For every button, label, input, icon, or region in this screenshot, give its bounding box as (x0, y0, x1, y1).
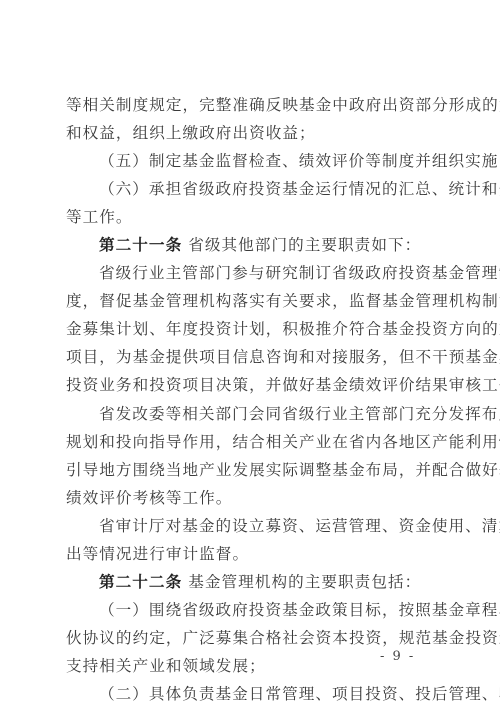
list-item-1: （一）围绕省级政府投资基金政策目标，按照基金章程、合 (66, 596, 436, 624)
list-item-5: （五）制定基金监督检查、绩效评价等制度并组织实施； (66, 147, 436, 175)
article-number: 第二十二条 (99, 572, 182, 591)
article-lead: 基金管理机构的主要职责包括： (182, 573, 421, 591)
text-line: 等相关制度规定，完整准确反映基金中政府出资部分形成的资产 (66, 91, 436, 119)
paragraph-line: 项目，为基金提供项目信息咨询和对接服务，但不干预基金具体 (66, 343, 436, 371)
paragraph-line: 绩效评价考核等工作。 (66, 484, 436, 512)
text-line: 和权益，组织上缴政府出资收益； (66, 119, 436, 147)
paragraph-line: 出等情况进行审计监督。 (66, 540, 436, 568)
page-number: - 9 - (380, 649, 415, 664)
paragraph-line: 省级行业主管部门参与研究制订省级政府投资基金管理制 (66, 259, 436, 287)
paragraph-line: 度，督促基金管理机构落实有关要求，监督基金管理机构制订资 (66, 287, 436, 315)
paragraph-line: 伙协议的约定，广泛募集合格社会资本投资，规范基金投资运作， (66, 624, 436, 652)
paragraph-line: 引导地方围绕当地产业发展实际调整基金布局，并配合做好基金 (66, 456, 436, 484)
paragraph-line: 投资业务和投资项目决策，并做好基金绩效评价结果审核工作。 (66, 371, 436, 399)
text-line: 等工作。 (66, 203, 436, 231)
list-item-2: （二）具体负责基金日常管理、项目投资、投后管理、收益 (66, 680, 436, 707)
paragraph-line: 省发改委等相关部门会同省级行业主管部门充分发挥布局 (66, 400, 436, 428)
document-page: 等相关制度规定，完整准确反映基金中政府出资部分形成的资产 和权益，组织上缴政府出… (0, 0, 500, 707)
body-text: 等相关制度规定，完整准确反映基金中政府出资部分形成的资产 和权益，组织上缴政府出… (66, 91, 436, 707)
paragraph-line: 规划和投向指导作用，结合相关产业在省内各地区产能利用情况， (66, 428, 436, 456)
article-22-heading: 第二十二条 基金管理机构的主要职责包括： (66, 568, 436, 596)
article-number: 第二十一条 (99, 235, 182, 254)
list-item-6: （六）承担省级政府投资基金运行情况的汇总、统计和分析 (66, 175, 436, 203)
article-lead: 省级其他部门的主要职责如下： (182, 236, 421, 254)
article-21-heading: 第二十一条 省级其他部门的主要职责如下： (66, 231, 436, 259)
paragraph-line: 省审计厅对基金的设立募资、运营管理、资金使用、清算退 (66, 512, 436, 540)
paragraph-line: 金募集计划、年度投资计划，积极推介符合基金投资方向的重点 (66, 315, 436, 343)
